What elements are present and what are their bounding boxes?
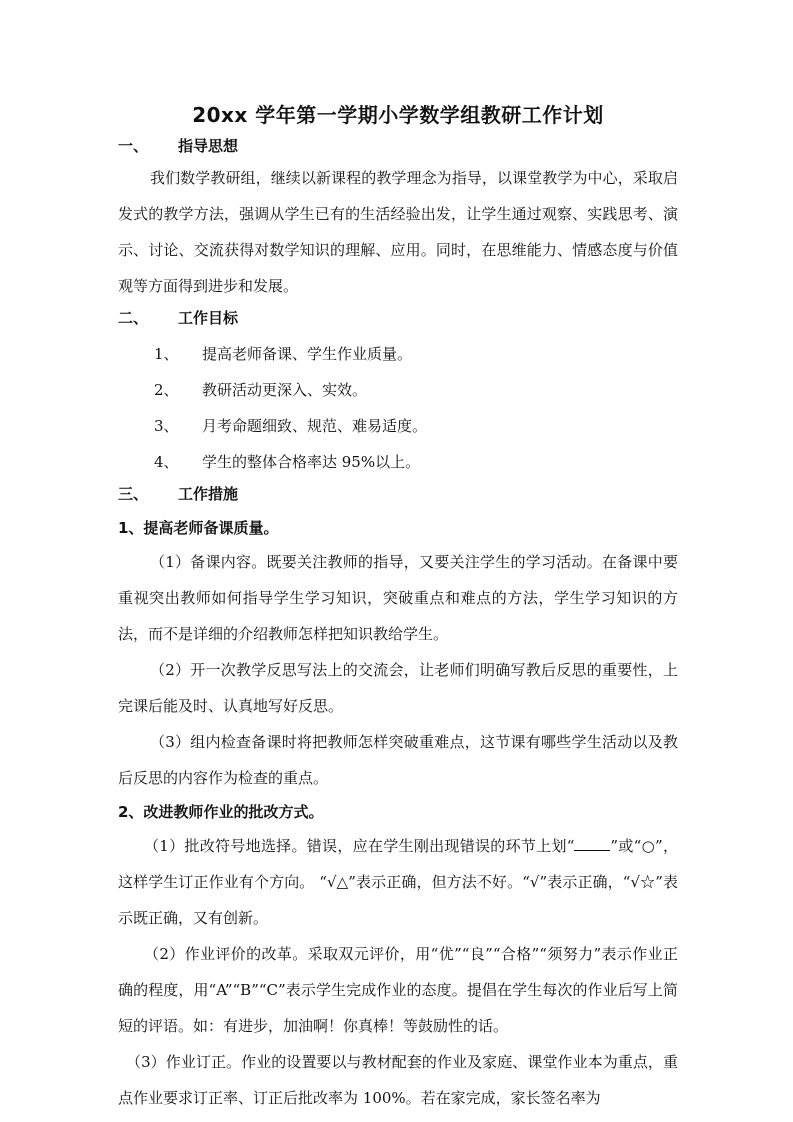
guiding-thought-paragraph: 我们数学教研组，继续以新课程的教学理念为指导，以课堂教学为中心，采取启发式的教学… <box>118 160 678 304</box>
measure-heading-homework-correction: 2、改进教师作业的批改方式。 <box>118 796 678 828</box>
goal-item: 3、 月考命题细致、规范、难易适度。 <box>118 408 678 444</box>
goal-item: 1、 提高老师备课、学生作业质量。 <box>118 336 678 372</box>
measure-item: （1）备课内容。既要关注教师的指导，又要关注学生的学习活动。在备课中要重视突出教… <box>118 544 678 652</box>
section-number: 二、 <box>118 306 178 330</box>
goal-text: 提高老师备课、学生作业质量。 <box>202 336 412 372</box>
measure-item-text-before: （1）批改符号地选择。错误，应在学生刚出现错误的环节上划“ <box>144 837 574 855</box>
section-number: 三、 <box>118 482 178 506</box>
measure-item: （2）作业评价的改革。采取双元评价，用“优”“良”“合格”“须努力”表示作业正确… <box>118 936 678 1044</box>
section-title: 指导思想 <box>178 134 238 158</box>
goal-text: 学生的整体合格率达 95%以上。 <box>202 444 420 480</box>
goal-number: 2、 <box>154 372 202 408</box>
measure-item: （1）批改符号地选择。错误，应在学生刚出现错误的环节上划“”或“○”，这样学生订… <box>118 828 678 936</box>
underline-blank <box>574 836 610 851</box>
goal-item: 2、 教研活动更深入、实效。 <box>118 372 678 408</box>
section-number: 一、 <box>118 134 178 158</box>
measure-item: （2）开一次教学反思写法上的交流会，让老师们明确写教后反思的重要性，上完课后能及… <box>118 652 678 724</box>
goal-item: 4、 学生的整体合格率达 95%以上。 <box>118 444 678 480</box>
document-title: 20xx 学年第一学期小学数学组教研工作计划 <box>118 100 678 130</box>
goal-number: 1、 <box>154 336 202 372</box>
measure-item: （3）组内检查备课时将把教师怎样突破重难点，这节课有哪些学生活动以及教后反思的内… <box>118 724 678 796</box>
measure-item: （3）作业订正。作业的设置要以与教材配套的作业及家庭、课堂作业本为重点，重点作业… <box>118 1044 678 1116</box>
goal-number: 3、 <box>154 408 202 444</box>
section-heading-guiding-thought: 一、 指导思想 <box>118 134 678 158</box>
section-heading-work-goals: 二、 工作目标 <box>118 306 678 330</box>
goal-text: 教研活动更深入、实效。 <box>202 372 367 408</box>
measure-heading-lesson-prep: 1、提高老师备课质量。 <box>118 512 678 544</box>
goal-number: 4、 <box>154 444 202 480</box>
section-title: 工作措施 <box>178 482 238 506</box>
document-page: 20xx 学年第一学期小学数学组教研工作计划 一、 指导思想 我们数学教研组，继… <box>118 100 678 1116</box>
goal-text: 月考命题细致、规范、难易适度。 <box>202 408 427 444</box>
section-heading-work-measures: 三、 工作措施 <box>118 482 678 506</box>
section-title: 工作目标 <box>178 306 238 330</box>
